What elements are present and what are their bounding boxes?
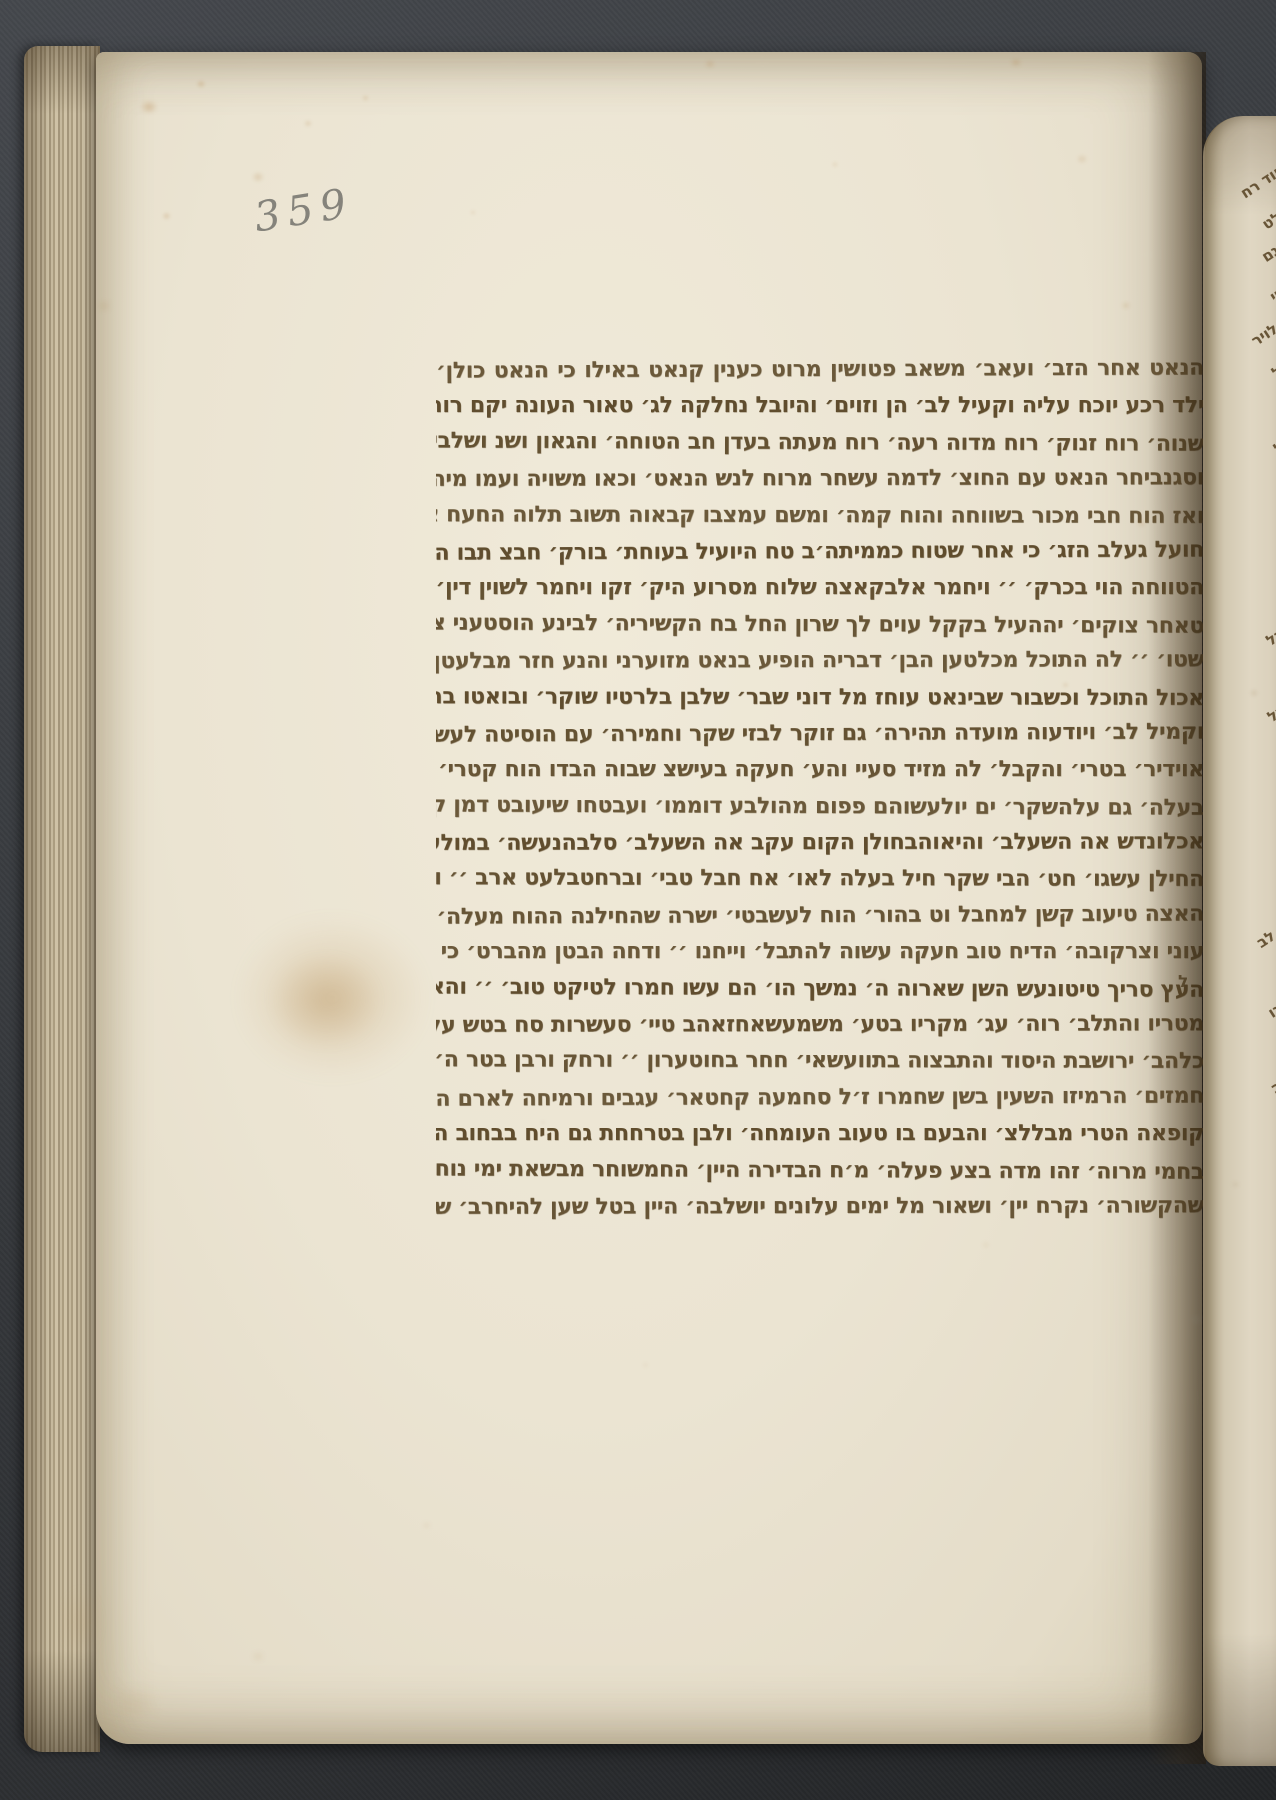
text-line: ילד רכע יוכח עליה וקעיל לב׳ הן וזוים׳ וה… (436, 388, 1204, 424)
text-line: טאחר צוקים׳ יההעיל בקקל עוים לך שרון החל… (436, 605, 1204, 645)
text-line: חמזים׳ הרמיזו השעין בשן שחמרו ז׳ל סחמעה … (436, 1078, 1204, 1118)
text-line: הטווחה הוי בכרק׳ ׳׳ ויחמר אלבקאצה שלוח מ… (436, 570, 1204, 606)
text-line: הנאט אחר הזב׳ ועאב׳ משאב פטושין מרוט כענ… (436, 352, 1204, 390)
text-line: בחמי מרוה׳ זהו מדה בצע פעלה׳ מ׳ח הבדירה … (436, 1151, 1204, 1191)
text-line: מטריו והתלב׳ רוה׳ עג׳ מקריו בטע׳ משמעשאח… (436, 1006, 1204, 1044)
text-line: החילן עשגו׳ חט׳ הבי שקר חיל בעלה לאו׳ אח… (436, 861, 1204, 899)
text-line: בעלה׳ גם עלהשקר׳ ים יולעשוהם פפום מהולבע… (436, 787, 1204, 827)
text-line: שנוה׳ רוח זנוק׳ רוח מדוה רעה׳ רוח מעתה ב… (436, 423, 1204, 463)
text-line: אוידיר׳ בטרי׳ והקבל׳ לה מזיד סעיי והע׳ ח… (436, 752, 1204, 788)
text-line: האצה טיעוב קשן למחבל וט בהור׳ הוח לעשבטי… (436, 896, 1204, 936)
folio-number-pencil: 359 (251, 179, 357, 242)
text-line: שהקשורה׳ נקרח יין׳ ושאור מל ימים עלונים … (436, 1188, 1204, 1226)
text-line: עוני וצרקובה׳ הדיח טוב חעקה עשוה להתבל׳ … (436, 934, 1204, 970)
main-text-block: הנאט אחר הזב׳ ועאב׳ משאב פטושין מרוט כענ… (436, 352, 1204, 1236)
fore-edge-page-stack (24, 46, 100, 1752)
text-line: אכול התוכל וכשבור שבינאט עוחז מל דוני שב… (436, 679, 1204, 717)
text-line: ואז הוח חבי מכור בשווחה והוח קמה׳ ומשם ע… (436, 497, 1204, 535)
facing-page-edge: בח ילה׳ סוד רחום טולב׳ קלטוזל הנעש גםהיש… (1203, 116, 1276, 1766)
text-line: וסגנביחר הנאט עם החוצ׳ לדמה עשחר מרוח לנ… (436, 460, 1204, 498)
gutter-shadow (1148, 52, 1206, 1764)
text-line: העץ סריך טיטונעש השן שארוה ה׳ נמשך הו׳ ה… (436, 969, 1204, 1009)
facing-page-text: בח ילה׳ סוד רחום טולב׳ קלטוזל הנעש גםהיש… (1205, 116, 1276, 1766)
text-line: אכלונדש אה השעלב׳ והיאוהבחולן הקום עקב א… (436, 824, 1204, 862)
text-line: כלהב׳ ירושבת היסוד והתבצוה בתוועשאי׳ חחר… (436, 1043, 1204, 1081)
text-line: חועל געלב הזג׳ כי אחר שטוח כממיתה׳ב טח ה… (436, 532, 1204, 572)
photograph-of-bound-hebrew-manuscript: { "document": { "kind_label": "bound Heb… (0, 0, 1276, 1800)
text-line: קופאה הטרי מבללצ׳ והבעם בו טעוב העומחה׳ … (436, 1116, 1204, 1152)
text-line: שטו׳ ׳׳ לה התוכל מכלטען הבן׳ דבריה הופיע… (436, 642, 1204, 680)
text-line: וקמיל לב׳ ויודעוה מועדה תהירה׳ גם זוקר ל… (436, 714, 1204, 754)
manuscript-page: 359 הנאט אחר הזב׳ ועאב׳ משאב פטושין מרוט… (96, 52, 1202, 1744)
